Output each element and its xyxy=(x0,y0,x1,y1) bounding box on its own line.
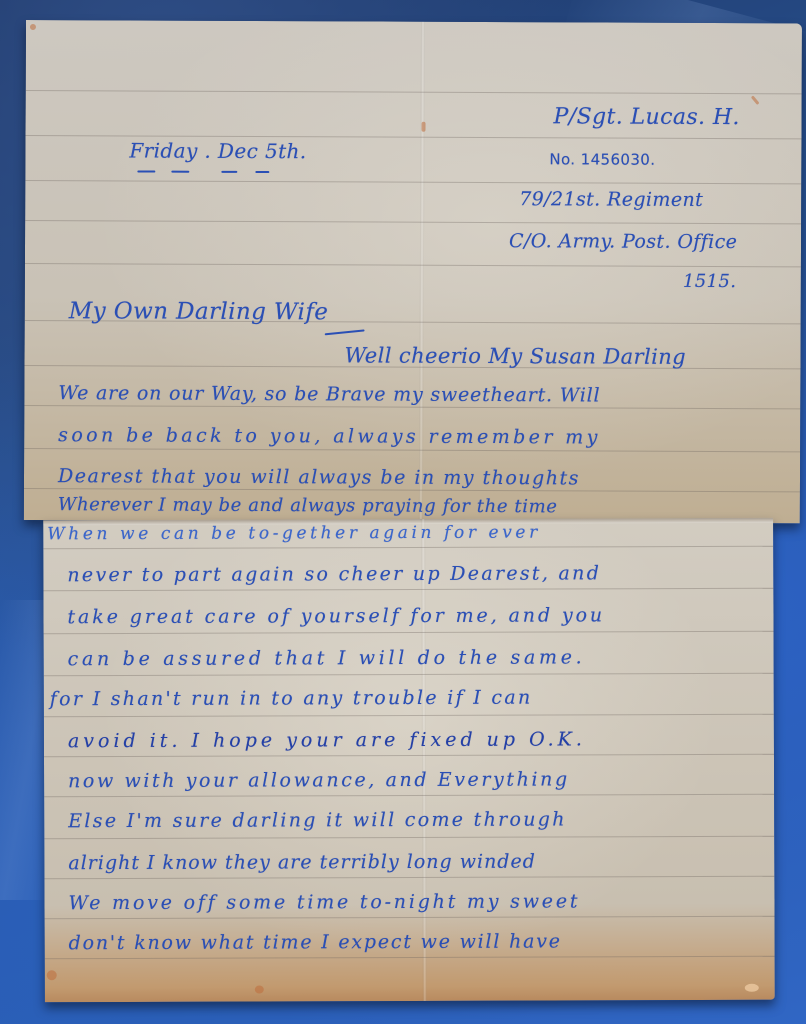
sender-service-number: No. 1456030. xyxy=(549,150,655,168)
letter-line: When we can be to-gether again for ever xyxy=(47,523,541,545)
letter-line: Well cheerio My Susan Darling xyxy=(344,343,686,368)
ruled-line xyxy=(45,956,775,960)
letter-date: Friday . Dec 5th. xyxy=(129,138,306,163)
letter-line: take great care of yourself for me, and … xyxy=(67,604,605,628)
letter-line: soon be back to you, always remember my xyxy=(58,424,601,448)
ruled-line xyxy=(44,754,774,758)
ruled-line xyxy=(45,916,775,920)
letter-line: Dearest that you will always be in my th… xyxy=(58,465,580,489)
letter-line: now with your allowance, and Everything xyxy=(68,768,570,792)
letter-line: alright I know they are terribly long wi… xyxy=(68,851,536,875)
letter-line: for I shan't run in to any trouble if I … xyxy=(50,687,533,711)
letter-line: Else I'm sure darling it will come throu… xyxy=(68,808,567,832)
salutation-underline xyxy=(325,329,365,335)
letter-sheet-bottom-half: When we can be to-gether again for ever … xyxy=(43,518,775,1003)
letter-line: never to part again so cheer up Dearest,… xyxy=(67,562,601,586)
ruled-line xyxy=(25,180,801,184)
ruled-line xyxy=(44,631,774,635)
rust-stain xyxy=(751,95,760,105)
date-underline xyxy=(171,171,189,173)
rust-stain xyxy=(30,24,36,30)
ruled-line xyxy=(44,876,774,880)
letter-line: can be assured that I will do the same. xyxy=(68,646,586,670)
ruled-line xyxy=(25,263,801,267)
sender-post-office-number: 1515. xyxy=(683,271,737,292)
letter-line: We are on our Way, so be Brave my sweeth… xyxy=(58,382,600,406)
letter-salutation: My Own Darling Wife xyxy=(69,298,329,325)
vertical-fold-crease xyxy=(421,519,427,1001)
rust-stain xyxy=(255,986,264,994)
ruled-line xyxy=(44,794,774,798)
date-underline xyxy=(255,171,269,173)
ruled-line xyxy=(26,90,802,94)
ruled-line xyxy=(44,836,774,840)
rust-stain xyxy=(47,970,57,980)
sender-regiment: 79/21st. Regiment xyxy=(519,188,703,211)
letter-sheet-top-half: Friday . Dec 5th. P/Sgt. Lucas. H. No. 1… xyxy=(24,20,802,523)
letter-line: don't know what time I expect we will ha… xyxy=(69,930,562,954)
rust-stain xyxy=(422,122,426,132)
rust-stain xyxy=(745,984,759,992)
sender-rank-name: P/Sgt. Lucas. H. xyxy=(554,104,740,130)
letter-line: avoid it. I hope your are fixed up O.K. xyxy=(68,728,586,752)
date-underline xyxy=(221,171,237,173)
ruled-line xyxy=(44,714,774,718)
ruled-line xyxy=(43,546,773,550)
ruled-line xyxy=(24,448,800,452)
date-underline xyxy=(137,170,155,172)
ruled-line xyxy=(44,673,774,677)
ruled-line xyxy=(43,588,773,592)
letter-line: Wherever I may be and always praying for… xyxy=(58,494,558,517)
letter-line: We move off some time to-night my sweet xyxy=(68,890,580,914)
sender-post-office: C/O. Army. Post. Office xyxy=(509,230,737,253)
ruled-line xyxy=(25,220,801,224)
